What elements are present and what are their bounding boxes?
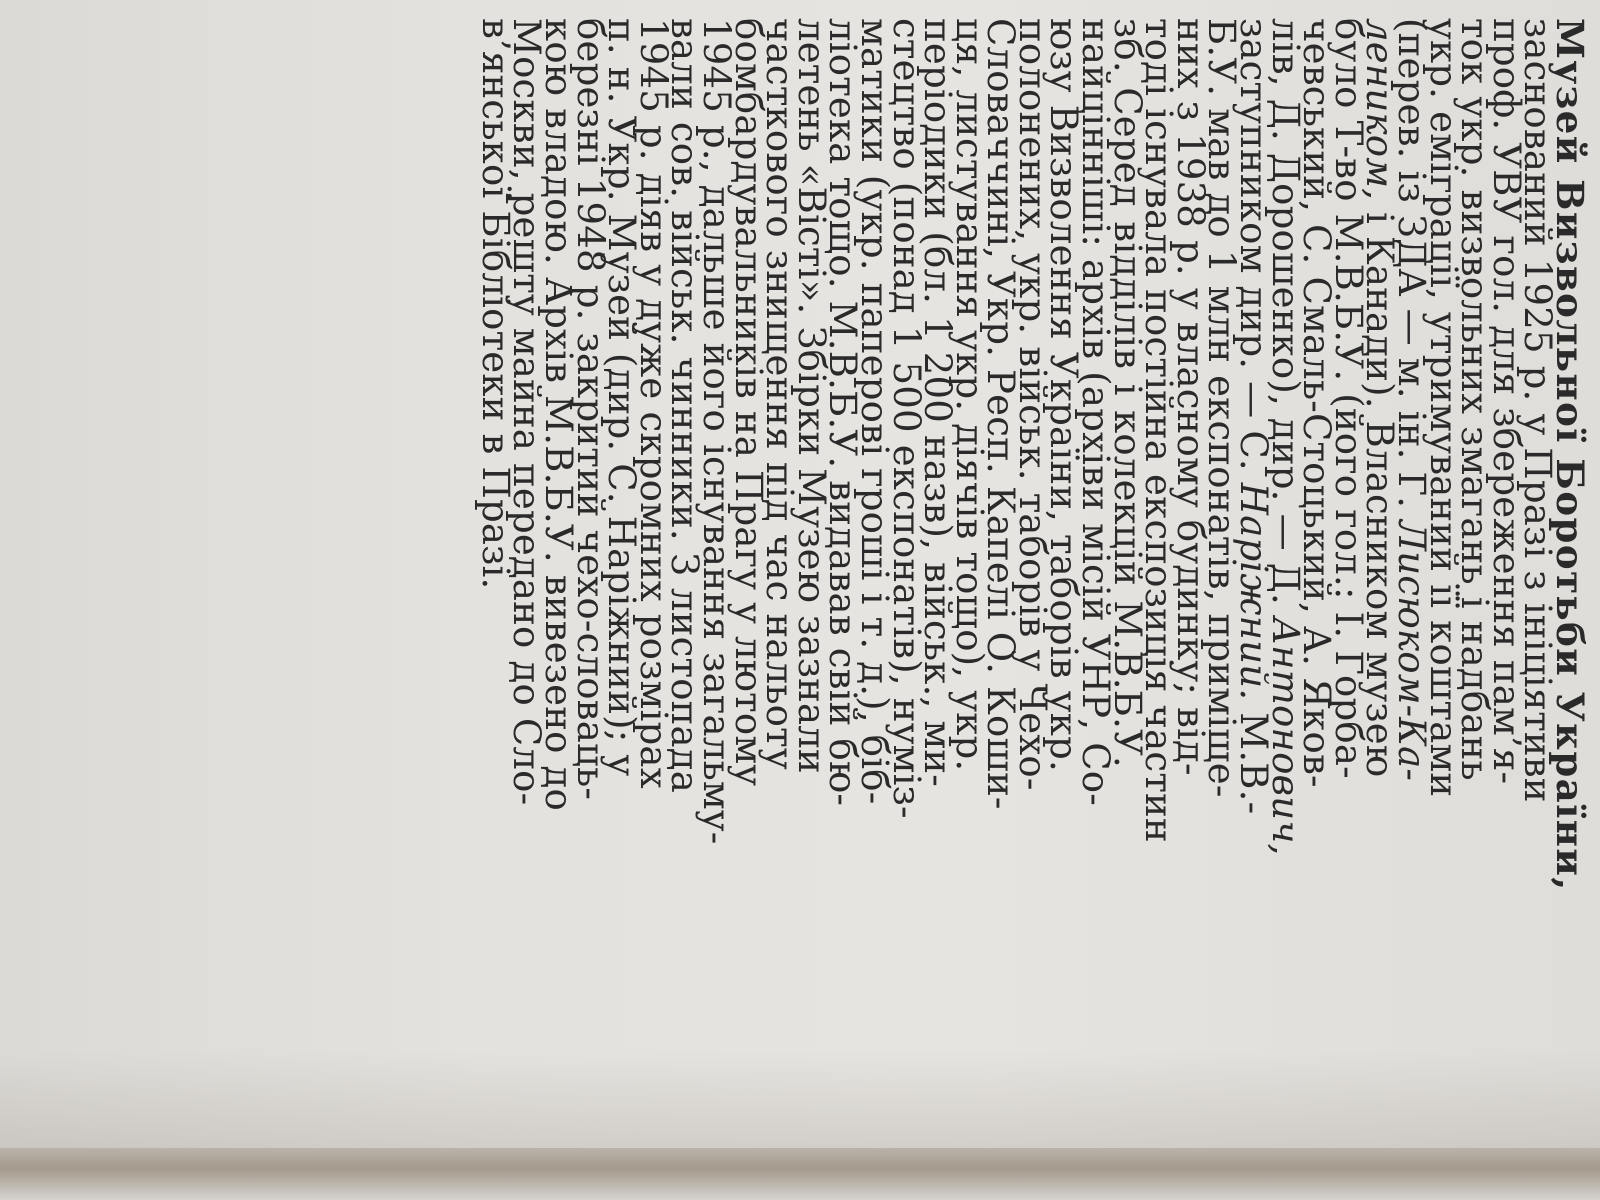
encyclopedia-entry-rotated: Музей Визвольної Боротьби України, засно… [0, 8, 1585, 1128]
page-bottom-edge [0, 1148, 1600, 1200]
photographed-book-page: Музей Визвольної Боротьби України, засно… [0, 0, 1600, 1200]
